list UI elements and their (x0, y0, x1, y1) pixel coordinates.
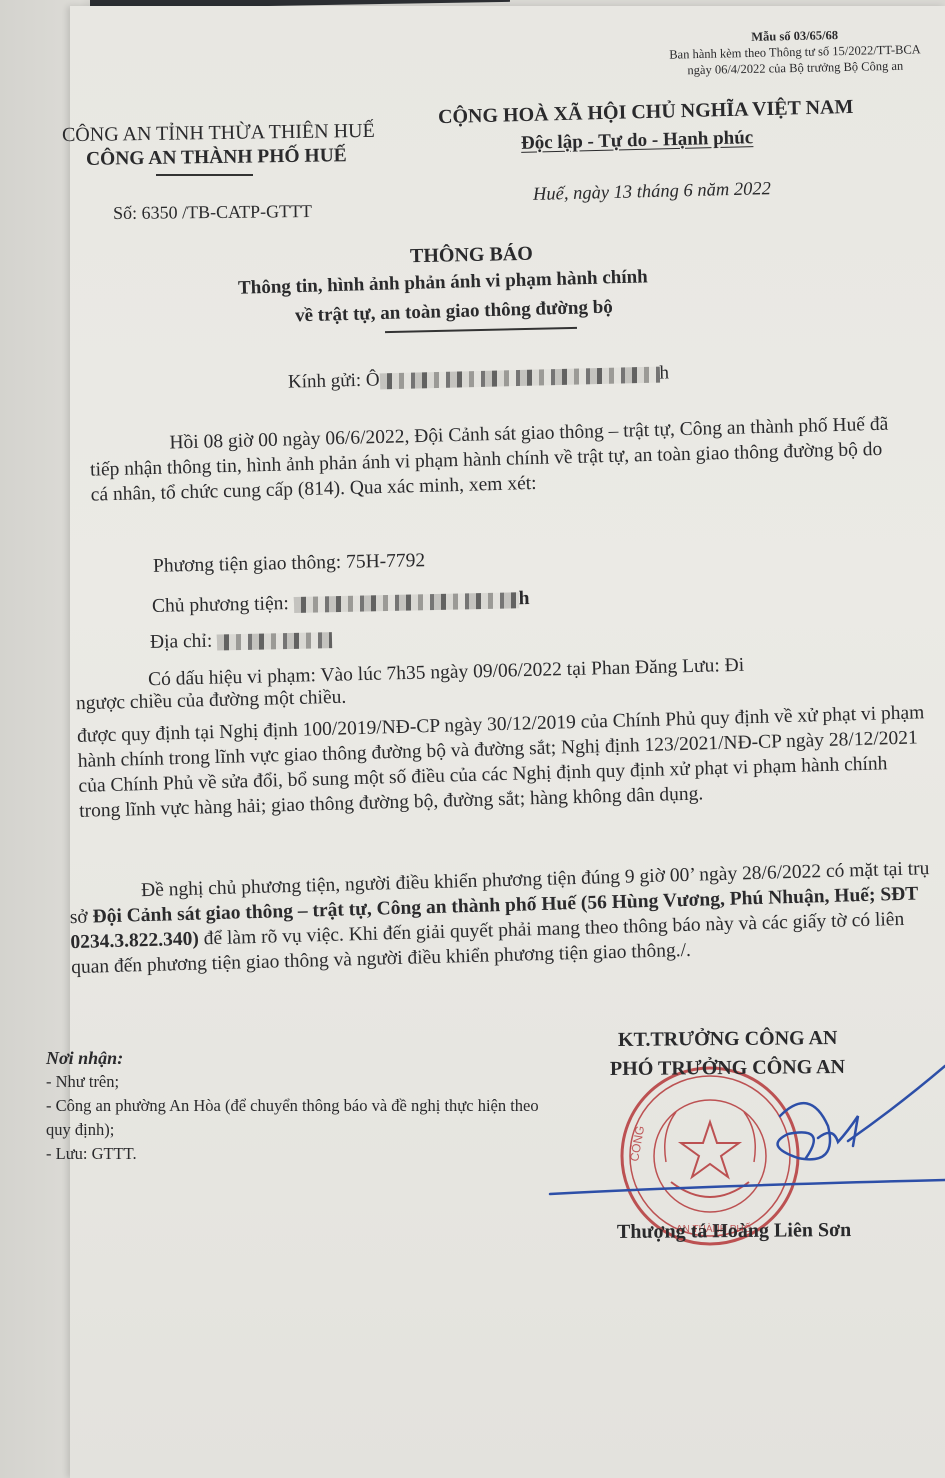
violation-line1: Có dấu hiệu vi phạm: Vào lúc 7h35 ngày 0… (148, 655, 745, 692)
redacted-owner (294, 592, 519, 613)
org-name: CÔNG AN THÀNH PHỐ HUẾ (86, 145, 347, 171)
recipient-item: - Công an phường An Hòa (để chuyển thông… (46, 1094, 546, 1142)
vehicle-plate: 75H-7792 (346, 550, 426, 573)
nation-title: CỘNG HOÀ XÃ HỘI CHỦ NGHĨA VIỆT NAM (438, 96, 854, 129)
document-subtitle-line1: Thông tin, hình ảnh phản ánh vi phạm hàn… (238, 266, 648, 299)
redacted-address (217, 632, 332, 650)
intro-paragraph: Hồi 08 giờ 00 ngày 06/6/2022, Đội Cảnh s… (89, 411, 901, 507)
request-paragraph: Đề nghị chủ phương tiện, người điều khiể… (69, 856, 941, 980)
recipients: Nơi nhận: - Như trên; - Công an phường A… (46, 1046, 546, 1166)
vehicle-field: Phương tiện giao thông: 75H-7792 (153, 550, 426, 578)
recipients-heading: Nơi nhận: (46, 1046, 546, 1070)
org-underline (156, 174, 253, 176)
handwritten-signature-icon (548, 1046, 945, 1216)
document-number: Số: 6350 /TB-CATP-GTTT (113, 201, 312, 224)
recipient-item: - Như trên; (46, 1070, 546, 1094)
document-subtitle-line2: về trật tự, an toàn giao thông đường bộ (295, 297, 613, 328)
addressee: Kính gửi: Ôh (288, 362, 670, 393)
violation-line2: ngược chiều của đường một chiều. (76, 687, 347, 716)
legal-basis-paragraph: được quy định tại Nghị định 100/2019/NĐ-… (77, 700, 929, 824)
form-reference: Mẫu số 03/65/68 Ban hành kèm theo Thông … (660, 25, 931, 79)
org-parent: CÔNG AN TỈNH THỪA THIÊN HUẾ (62, 120, 375, 147)
recipient-item: - Lưu: GTTT. (46, 1142, 546, 1166)
document-page: Mẫu số 03/65/68 Ban hành kèm theo Thông … (70, 6, 945, 1478)
redacted-name (379, 366, 659, 389)
owner-field: Chủ phương tiện: h (152, 588, 530, 618)
document-title: THÔNG BÁO (410, 243, 533, 269)
motto: Độc lập - Tự do - Hạnh phúc (521, 127, 754, 155)
addressee-label: Kính gửi: Ô (288, 369, 380, 392)
signatory-name: Thượng tá Hoàng Liên Sơn (617, 1219, 851, 1244)
address-field: Địa chỉ: (150, 628, 333, 654)
subtitle-underline (385, 327, 577, 333)
place-date: Huế, ngày 13 tháng 6 năm 2022 (533, 179, 771, 206)
